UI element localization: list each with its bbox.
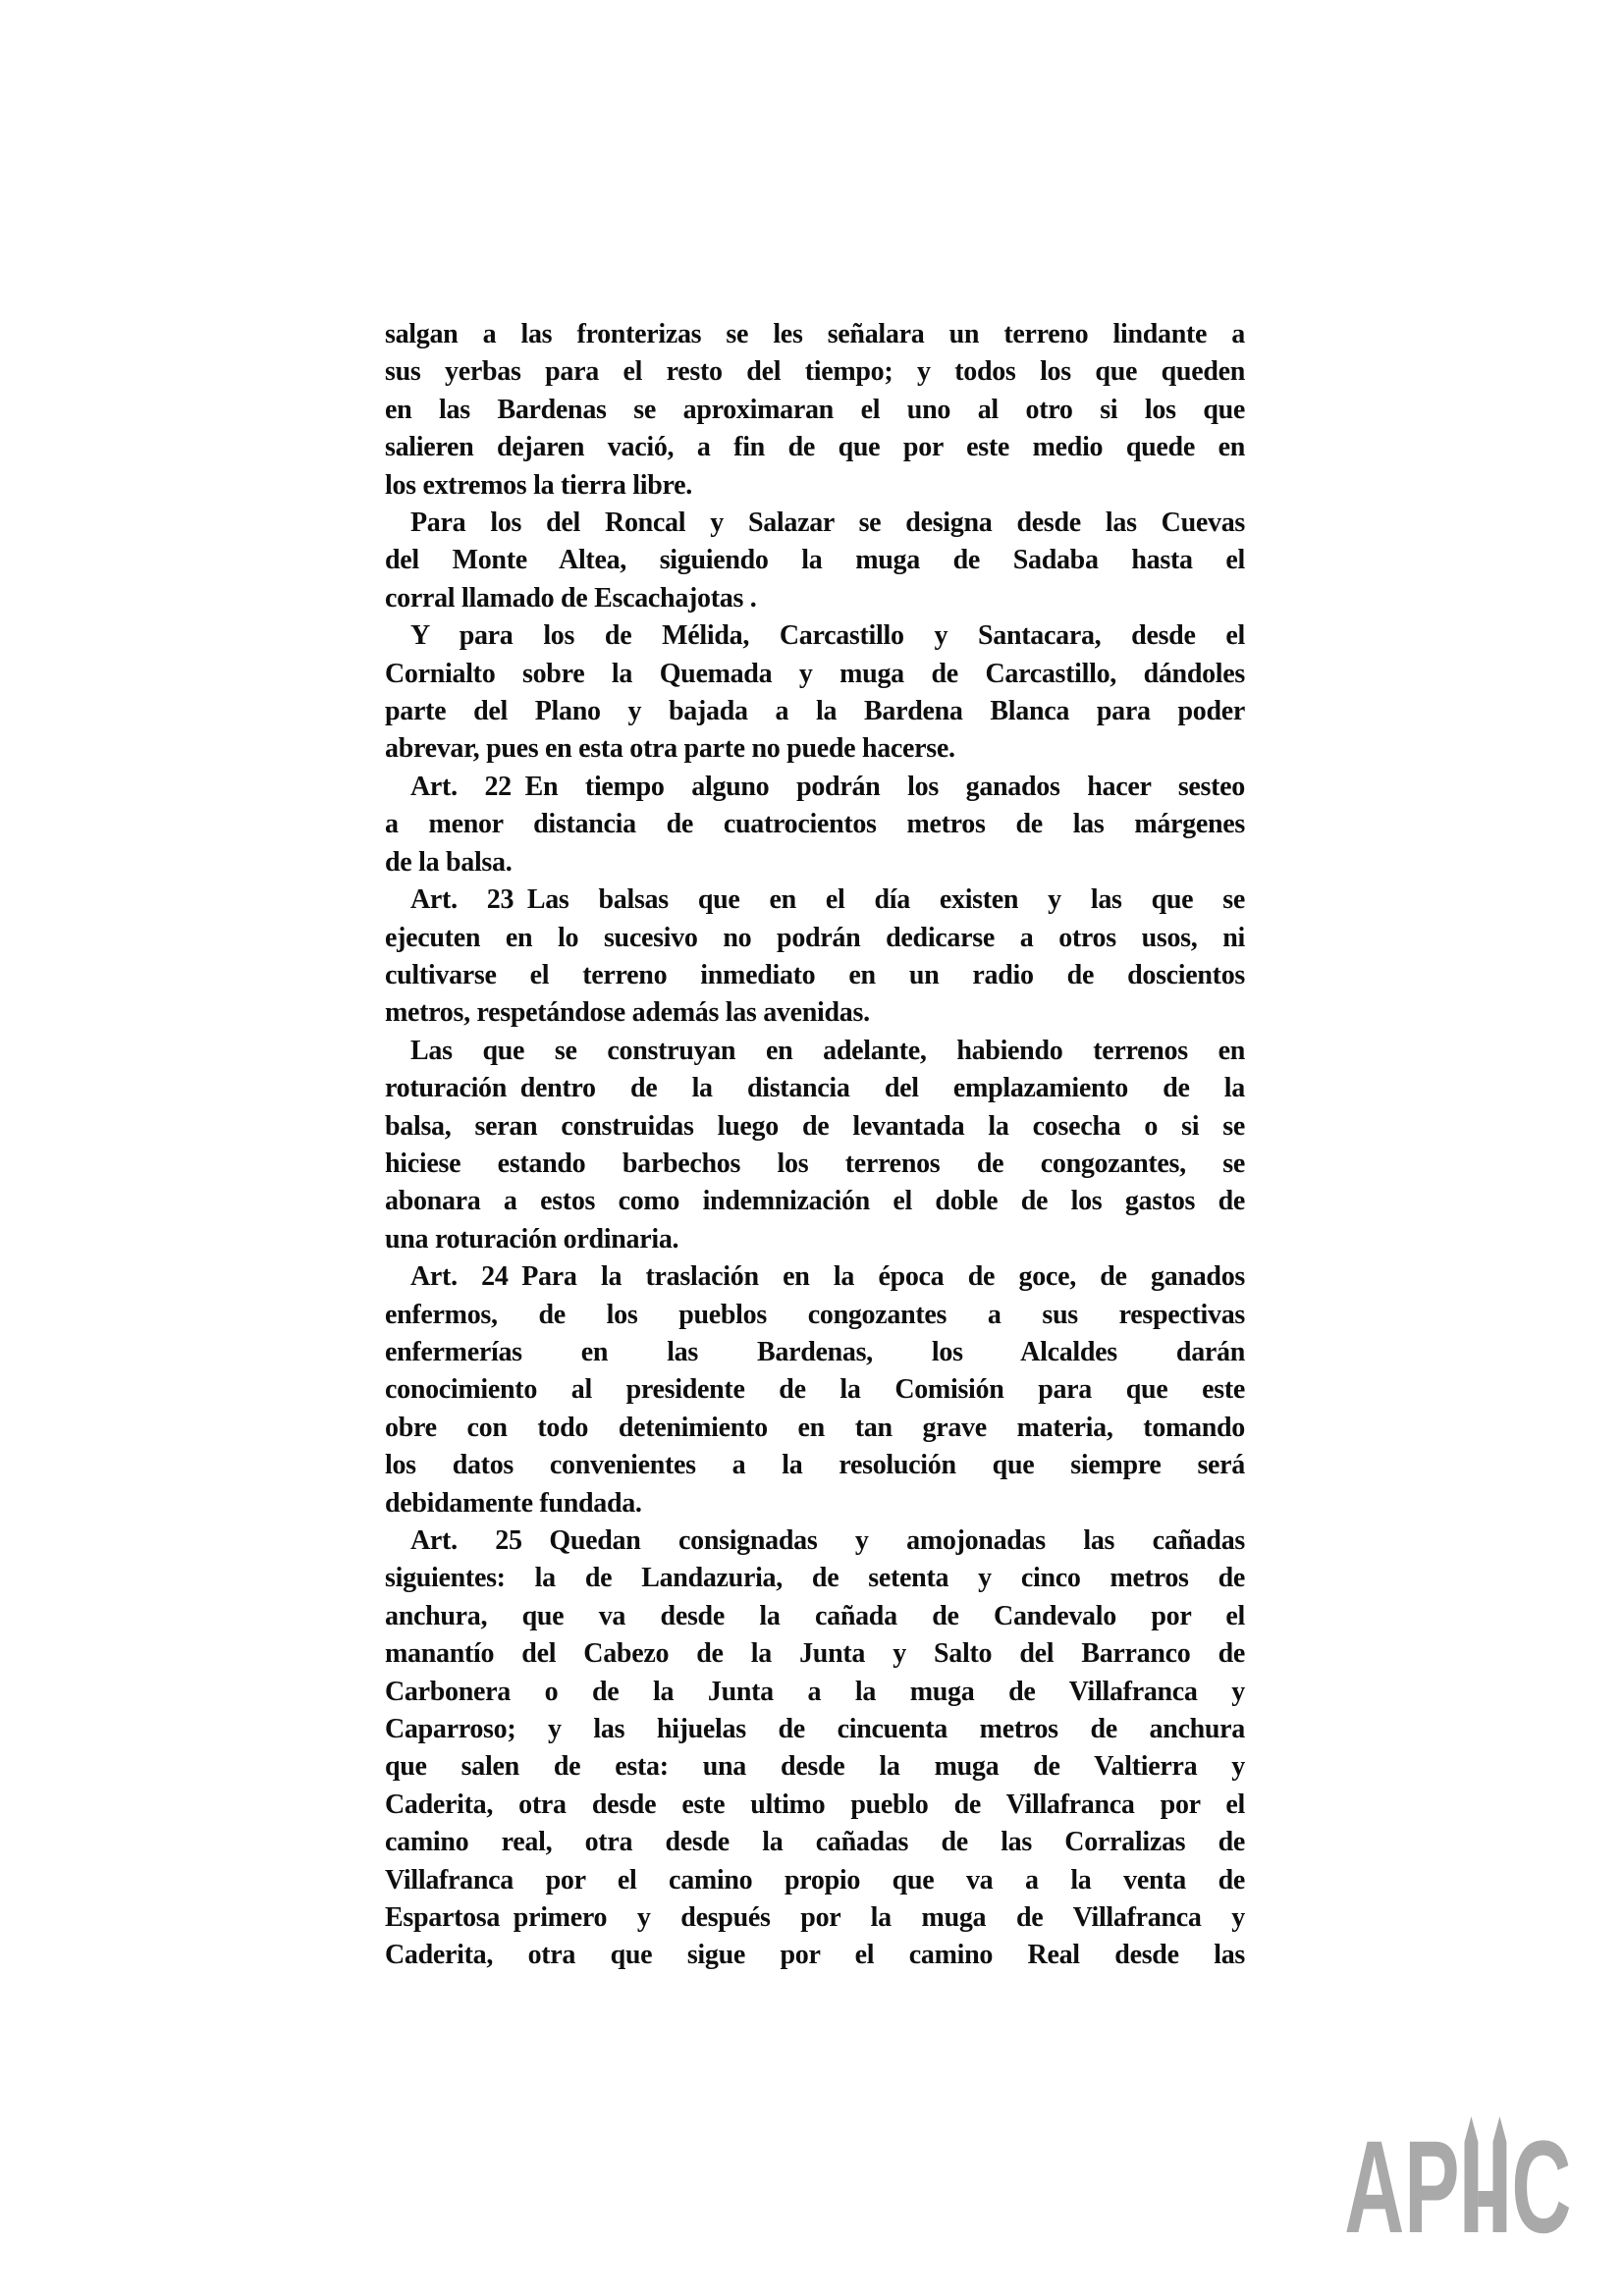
watermark-letters-ap: AP — [1344, 2113, 1459, 2235]
text-line: conocimiento al presidente de la Comisió… — [385, 1371, 1245, 1409]
watermark-aphc: AP C — [1343, 2112, 1569, 2235]
text-line: sus yerbas para el resto del tiempo; y t… — [385, 353, 1245, 391]
text-line: Para los del Roncal y Salazar se designa… — [385, 505, 1245, 542]
text-line: Caderita, otra desde este ultimo pueblo … — [385, 1787, 1245, 1824]
document-body: salgan a las fronterizas se les señalara… — [385, 316, 1245, 1975]
watermark-letter-c: C — [1511, 2113, 1569, 2235]
text-line: Carbonera o de la Junta a la muga de Vil… — [385, 1674, 1245, 1711]
text-line: que salen de esta: una desde la muga de … — [385, 1748, 1245, 1786]
text-line: parte del Plano y bajada a la Bardena Bl… — [385, 693, 1245, 730]
text-line: salieren dejaren vació, a fin de que por… — [385, 429, 1245, 466]
text-line: cultivarse el terreno inmediato en un ra… — [385, 957, 1245, 994]
paragraph: Las que se construyan en adelante, habie… — [385, 1033, 1245, 1258]
text-line: camino real, otra desde la cañadas de la… — [385, 1824, 1245, 1861]
text-line: manantío del Cabezo de la Junta y Salto … — [385, 1635, 1245, 1673]
paragraph: Art. 22 En tiempo alguno podrán los gana… — [385, 769, 1245, 881]
text-line: enfermos, de los pueblos congozantes a s… — [385, 1297, 1245, 1334]
paragraph: Art. 25 Quedan consignadas y amojonadas … — [385, 1522, 1245, 1975]
text-line: debidamente fundada. — [385, 1485, 1245, 1522]
text-line: anchura, que va desde la cañada de Cande… — [385, 1598, 1245, 1635]
text-line: a menor distancia de cuatrocientos metro… — [385, 806, 1245, 843]
text-line: Art. 23 Las balsas que en el día existen… — [385, 881, 1245, 919]
text-line: Espartosa primero y después por la muga … — [385, 1899, 1245, 1937]
text-line: roturación dentro de la distancia del em… — [385, 1070, 1245, 1107]
text-line: los datos convenientes a la resolución q… — [385, 1447, 1245, 1484]
text-line: metros, respetándose además las avenidas… — [385, 994, 1245, 1032]
paragraph: Y para los de Mélida, Carcastillo y Sant… — [385, 617, 1245, 769]
text-line: Las que se construyan en adelante, habie… — [385, 1033, 1245, 1070]
paragraph: salgan a las fronterizas se les señalara… — [385, 316, 1245, 505]
text-line: en las Bardenas se aproximaran el uno al… — [385, 392, 1245, 429]
text-line: los extremos la tierra libre. — [385, 467, 1245, 505]
text-line: ejecuten en lo sucesivo no podrán dedica… — [385, 920, 1245, 957]
document-page: salgan a las fronterizas se les señalara… — [0, 0, 1624, 2296]
text-line: de la balsa. — [385, 844, 1245, 881]
text-line: hiciese estando barbechos los terrenos d… — [385, 1146, 1245, 1183]
text-line: Art. 25 Quedan consignadas y amojonadas … — [385, 1522, 1245, 1560]
text-line: del Monte Altea, siguiendo la muga de Sa… — [385, 542, 1245, 579]
watermark-graphic: AP C — [1343, 2112, 1569, 2235]
text-line: abrevar, pues en esta otra parte no pued… — [385, 730, 1245, 768]
text-line: abonara a estos como indemnización el do… — [385, 1183, 1245, 1220]
paragraph: Art. 23 Las balsas que en el día existen… — [385, 881, 1245, 1033]
text-line: siguientes: la de Landazuria, de setenta… — [385, 1560, 1245, 1597]
paragraph: Para los del Roncal y Salazar se designa… — [385, 505, 1245, 617]
text-line: Caparroso; y las hijuelas de cincuenta m… — [385, 1711, 1245, 1748]
text-line: Y para los de Mélida, Carcastillo y Sant… — [385, 617, 1245, 655]
text-line: enfermerías en las Bardenas, los Alcalde… — [385, 1334, 1245, 1371]
text-line: salgan a las fronterizas se les señalara… — [385, 316, 1245, 353]
text-line: Villafranca por el camino propio que va … — [385, 1862, 1245, 1899]
text-line: Art. 24 Para la traslación en la época d… — [385, 1258, 1245, 1296]
text-line: Caderita, otra que sigue por el camino R… — [385, 1937, 1245, 1974]
text-line: corral llamado de Escachajotas . — [385, 580, 1245, 617]
text-line: obre con todo detenimiento en tan grave … — [385, 1410, 1245, 1447]
text-line: Cornialto sobre la Quemada y muga de Car… — [385, 656, 1245, 693]
text-line: una roturación ordinaria. — [385, 1221, 1245, 1258]
spired-h-icon — [1465, 2116, 1507, 2232]
text-line: balsa, seran construidas luego de levant… — [385, 1108, 1245, 1146]
paragraph: Art. 24 Para la traslación en la época d… — [385, 1258, 1245, 1522]
text-line: Art. 22 En tiempo alguno podrán los gana… — [385, 769, 1245, 806]
